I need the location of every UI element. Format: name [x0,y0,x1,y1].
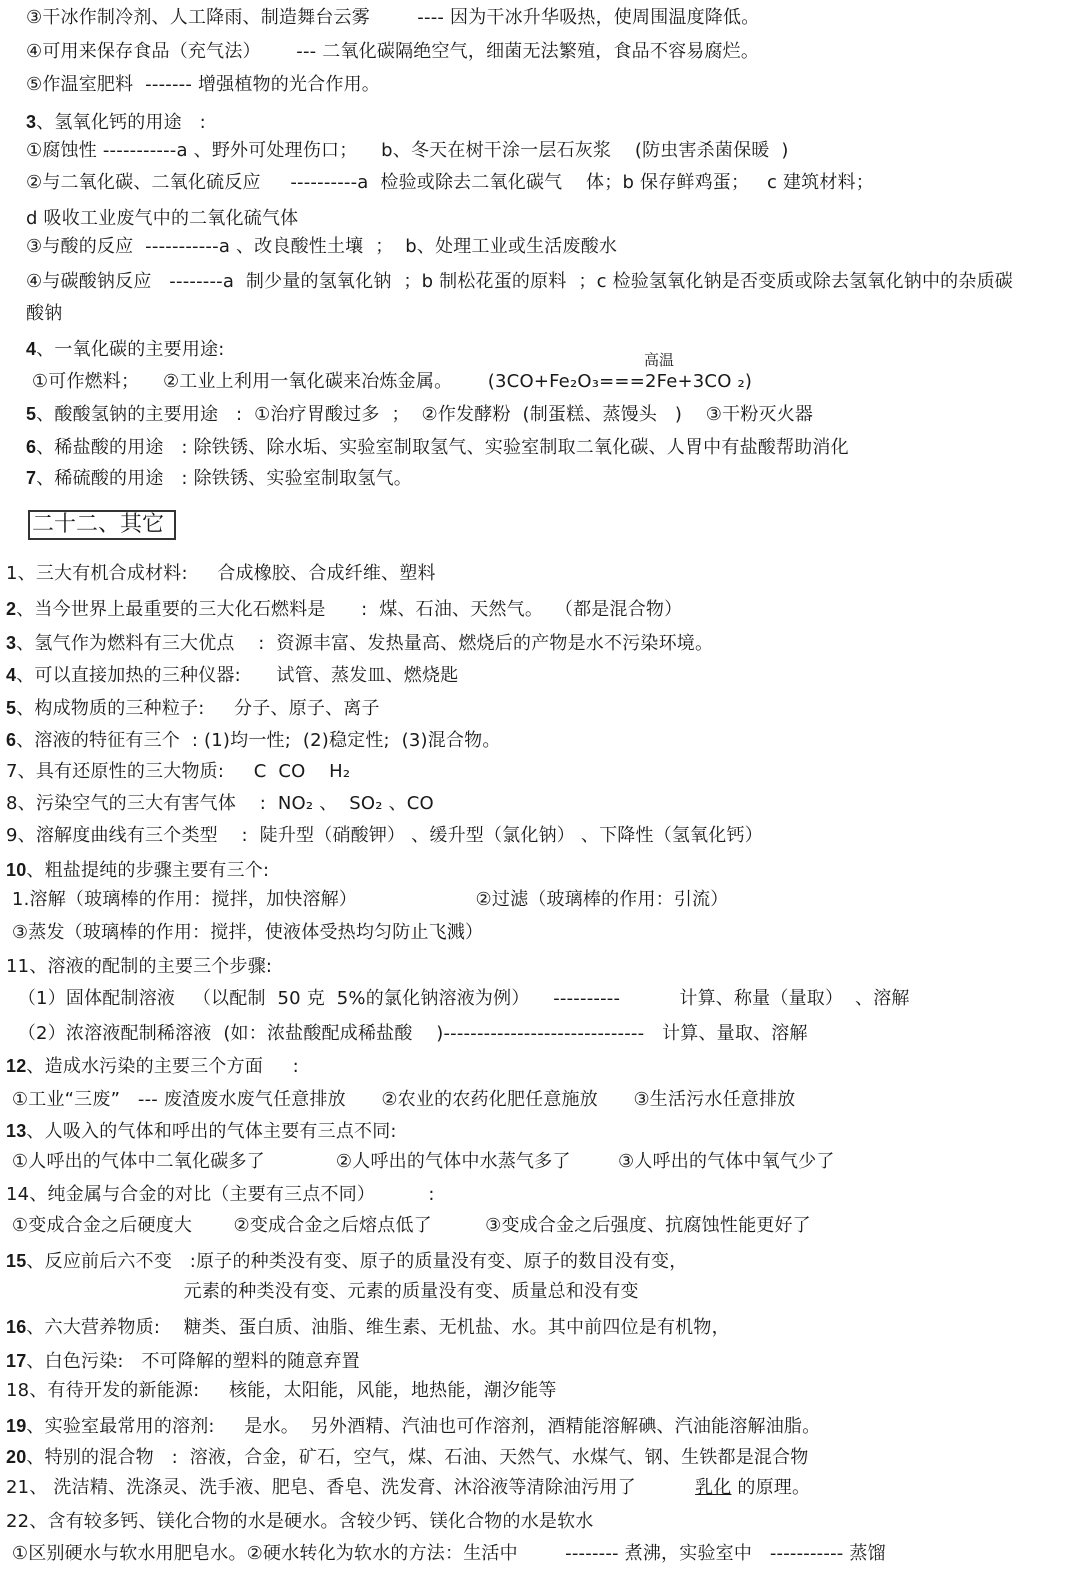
item-text: 1.溶解（玻璃棒的作用：搅拌，加快溶解） ②过滤（玻璃棒的作用：引流） [6,889,728,910]
item-number: 15 [6,1251,26,1271]
list-item-detail: ①变成合金之后硬度大 ②变成合金之后熔点低了 ③变成合金之后强度、抗腐蚀性能更好… [6,1215,811,1239]
item-number: 11 [6,956,29,977]
item-7: 7、稀硫酸的用途 : 除铁锈、实验室制取氢气。 [26,467,412,491]
list-item-detail: 元素的种类没有变、元素的质量没有变、质量总和没有变 [6,1281,639,1305]
item-number: 6 [26,437,36,457]
list-item-17: 17、白色污染: 不可降解的塑料的随意弃置 [6,1350,360,1374]
item-text: 、有待开发的新能源: 核能，太阳能，风能，地热能，潮汐能等 [29,1380,556,1401]
item-3-line: 酸钠 [26,303,62,327]
item-text: 、稀硫酸的用途 : 除铁锈、实验室制取氢气。 [36,468,412,489]
list-item-11: 11、溶液的配制的主要三个步骤: [6,956,272,980]
item-number: 14 [6,1184,29,1205]
item-3-heading: 3、氢氧化钙的用途 : [26,111,206,135]
item-text: 、构成物质的三种粒子: 分子、原子、离子 [16,698,379,719]
item-text: 、人吸入的气体和呼出的气体主要有三点不同: [26,1121,396,1142]
list-item-4: 4、可以直接加热的三种仪器: 试管、蒸发皿、燃烧匙 [6,664,458,688]
item-3-line: ③与酸的反应 -----------a 、改良酸性土壤 ； b、处理工业或生活废… [26,236,617,260]
item-text: 、具有还原性的三大物质: C CO H₂ [18,761,351,782]
item-text: 、纯金属与合金的对比（主要有三点不同） : [29,1184,434,1205]
item-number: 4 [6,665,16,685]
item-number: 13 [6,1121,26,1141]
item-title: 、一氧化碳的主要用途: [36,339,224,360]
item-text: 、酸酸氢钠的主要用途 : ①治疗胃酸过多 ； ②作发酵粉 (制蛋糕、蒸馒头 ) … [36,404,813,425]
item-text: 、粗盐提纯的步骤主要有三个: [26,860,269,881]
item-number: 10 [6,860,26,880]
list-item-9: 9、溶解度曲线有三个类型 : 陡升型（硝酸钾） 、缓升型（氯化钠） 、下降性（氢… [6,825,763,849]
list-item-5: 5、构成物质的三种粒子: 分子、原子、离子 [6,697,380,721]
item-number: 6 [6,730,16,750]
item-number: 3 [6,633,16,653]
section-heading-box: 二十二、其它 [28,510,176,540]
list-item-20: 20、特别的混合物 : 溶液，合金，矿石，空气，煤、石油、天然气、水煤气、钢、生… [6,1446,809,1470]
list-item-12: 12、造成水污染的主要三个方面 : [6,1055,299,1079]
underlined-answer: 乳化 [695,1477,731,1498]
item-text: 、 洗洁精、洗涤灵、洗手液、肥皂、香皂、洗发膏、沐浴液等清除油污用了 [29,1477,636,1498]
item-number: 9 [6,825,18,846]
item-text: 、造成水污染的主要三个方面 : [26,1056,298,1077]
item-4-line: ①可作燃料； ②工业上利用一氧化碳来冶炼金属。 (3CO+Fe₂O₃===2Fe… [26,371,752,395]
reaction-condition: 高温 [644,349,674,370]
list-item-3: 3、氢气作为燃料有三大优点 : 资源丰富、发热量高、燃烧后的产物是水不污染环境。 [6,632,713,656]
item-3-line: d 吸收工业废气中的二氧化硫气体 [26,208,298,232]
list-item-18: 18、有待开发的新能源: 核能，太阳能，风能，地热能，潮汐能等 [6,1380,557,1404]
item-number: 4 [26,339,36,359]
item-number: 17 [6,1351,26,1371]
item-text: 、当今世界上最重要的三大化石燃料是 : 煤、石油、天然气。 （都是混合物） [16,599,682,620]
item-title: 、氢氧化钙的用途 : [36,112,206,133]
list-item-19: 19、实验室最常用的溶剂: 是水。 另外酒精、汽油也可作溶剂，酒精能溶解碘、汽油… [6,1415,820,1439]
item-number: 22 [6,1511,29,1532]
item-text: ①人呼出的气体中二氧化碳多了 ②人呼出的气体中水蒸气多了 ③人呼出的气体中氧气少… [6,1151,835,1172]
list-item-14: 14、纯金属与合金的对比（主要有三点不同） : [6,1184,435,1208]
item-text: ①工业“三废” --- 废渣废水废气任意排放 ②农业的农药化肥任意施放 ③生活污… [6,1089,795,1110]
list-item-detail: 1.溶解（玻璃棒的作用：搅拌，加快溶解） ②过滤（玻璃棒的作用：引流） [6,889,728,913]
co2-use-5: ⑤作温室肥料 ------- 增强植物的光合作用。 [26,74,380,98]
item-tail: 的原理。 [731,1477,810,1498]
item-number: 16 [6,1317,26,1337]
item-text: ①区别硬水与软水用肥皂水。②硬水转化为软水的方法：生活中 -------- 煮沸… [6,1543,886,1564]
item-number: 21 [6,1477,29,1498]
item-text: （1）固体配制溶液 （以配制 50 克 5%的氯化钠溶液为例） --------… [6,988,910,1009]
item-number: 19 [6,1416,26,1436]
item-text: 、六大营养物质: 糖类、蛋白质、油脂、维生素、无机盐、水。其中前四位是有机物， [26,1317,729,1338]
item-text: 元素的种类没有变、元素的质量没有变、质量总和没有变 [6,1281,639,1302]
item-number: 7 [26,468,36,488]
item-number: 8 [6,793,18,814]
item-number: 3 [26,112,36,132]
list-item-2: 2、当今世界上最重要的三大化石燃料是 : 煤、石油、天然气。 （都是混合物） [6,598,682,622]
list-item-22: 22、含有较多钙、镁化合物的水是硬水。含较少钙、镁化合物的水是软水 [6,1511,594,1535]
item-text: 、溶液的特征有三个 : (1)均一性; (2)稳定性; (3)混合物。 [16,730,500,751]
item-5: 5、酸酸氢钠的主要用途 : ①治疗胃酸过多 ； ②作发酵粉 (制蛋糕、蒸馒头 )… [26,403,813,427]
list-item-detail: ③蒸发（玻璃棒的作用：搅拌，使液体受热均匀防止飞溅） [6,922,483,946]
item-text: 、溶解度曲线有三个类型 : 陡升型（硝酸钾） 、缓升型（氯化钠） 、下降性（氢氧… [18,825,763,846]
list-item-detail: ①区别硬水与软水用肥皂水。②硬水转化为软水的方法：生活中 -------- 煮沸… [6,1543,886,1567]
list-item-6: 6、溶液的特征有三个 : (1)均一性; (2)稳定性; (3)混合物。 [6,729,501,753]
list-item-8: 8、污染空气的三大有害气体 : NO₂ 、 SO₂ 、CO [6,793,434,817]
item-text: 、污染空气的三大有害气体 : NO₂ 、 SO₂ 、CO [18,793,434,814]
item-6: 6、稀盐酸的用途 : 除铁锈、除水垢、实验室制取氢气、实验室制取二氧化碳、人胃中… [26,436,849,460]
blank-gap [636,1477,695,1498]
list-item-detail: ①人呼出的气体中二氧化碳多了 ②人呼出的气体中水蒸气多了 ③人呼出的气体中氧气少… [6,1151,835,1175]
list-item-13: 13、人吸入的气体和呼出的气体主要有三点不同: [6,1120,397,1144]
item-number: 20 [6,1447,26,1467]
item-number: 12 [6,1056,26,1076]
item-text: 、实验室最常用的溶剂: 是水。 另外酒精、汽油也可作溶剂，酒精能溶解碘、汽油能溶… [26,1416,820,1437]
item-text: 、三大有机合成材料: 合成橡胶、合成纤维、塑料 [18,563,436,584]
item-text: 、氢气作为燃料有三大优点 : 资源丰富、发热量高、燃烧后的产物是水不污染环境。 [16,633,713,654]
item-text: 、特别的混合物 : 溶液，合金，矿石，空气，煤、石油、天然气、水煤气、钢、生铁都… [26,1447,808,1468]
item-3-line: ④与碳酸钠反应 --------a 制少量的氢氧化钠 ；b 制松花蛋的原料 ；c… [26,271,1013,295]
item-number: 2 [6,599,16,619]
item-3-line: ①腐蚀性 -----------a 、野外可处理伤口； b、冬天在树干涂一层石灰… [26,140,789,164]
item-number: 5 [6,698,16,718]
item-number: 18 [6,1380,29,1401]
list-item-detail: （1）固体配制溶液 （以配制 50 克 5%的氯化钠溶液为例） --------… [6,988,910,1012]
item-text: ③蒸发（玻璃棒的作用：搅拌，使液体受热均匀防止飞溅） [6,922,483,943]
item-number: 5 [26,404,36,424]
item-text: 、反应前后六不变 :原子的种类没有变、原子的质量没有变、原子的数目没有变， [26,1251,687,1272]
item-text: 、溶液的配制的主要三个步骤: [29,956,272,977]
item-text: 、含有较多钙、镁化合物的水是硬水。含较少钙、镁化合物的水是软水 [29,1511,593,1532]
item-text: 、可以直接加热的三种仪器: 试管、蒸发皿、燃烧匙 [16,665,458,686]
item-3-line: ②与二氧化碳、二氧化硫反应 ----------a 检验或除去二氧化碳气 体；b… [26,172,874,196]
item-number: 7 [6,761,18,782]
list-item-15: 15、反应前后六不变 :原子的种类没有变、原子的质量没有变、原子的数目没有变， [6,1250,687,1274]
list-item-10: 10、粗盐提纯的步骤主要有三个: [6,859,269,883]
list-item-16: 16、六大营养物质: 糖类、蛋白质、油脂、维生素、无机盐、水。其中前四位是有机物… [6,1316,730,1340]
list-item-7: 7、具有还原性的三大物质: C CO H₂ [6,761,350,785]
list-item-21: 21、 洗洁精、洗涤灵、洗手液、肥皂、香皂、洗发膏、沐浴液等清除油污用了 乳化 … [6,1477,810,1501]
co2-use-3: ③干冰作制冷剂、人工降雨、制造舞台云雾 ---- 因为干冰升华吸热，使周围温度降… [26,7,759,31]
co2-use-4: ④可用来保存食品（充气法） --- 二氧化碳隔绝空气，细菌无法繁殖，食品不容易腐… [26,41,759,65]
list-item-detail: （2）浓溶液配制稀溶液 (如：浓盐酸配成稀盐酸 )---------------… [6,1023,808,1047]
item-number: 1 [6,563,18,584]
list-item-detail: ①工业“三废” --- 废渣废水废气任意排放 ②农业的农药化肥任意施放 ③生活污… [6,1089,795,1113]
item-text: ①变成合金之后硬度大 ②变成合金之后熔点低了 ③变成合金之后强度、抗腐蚀性能更好… [6,1215,811,1236]
item-4-heading: 4、一氧化碳的主要用途: [26,338,224,362]
item-text: 、白色污染: 不可降解的塑料的随意弃置 [26,1351,359,1372]
list-item-1: 1、三大有机合成材料: 合成橡胶、合成纤维、塑料 [6,563,436,587]
item-text: 、稀盐酸的用途 : 除铁锈、除水垢、实验室制取氢气、实验室制取二氧化碳、人胃中有… [36,437,849,458]
item-text: （2）浓溶液配制稀溶液 (如：浓盐酸配成稀盐酸 )---------------… [6,1023,808,1044]
